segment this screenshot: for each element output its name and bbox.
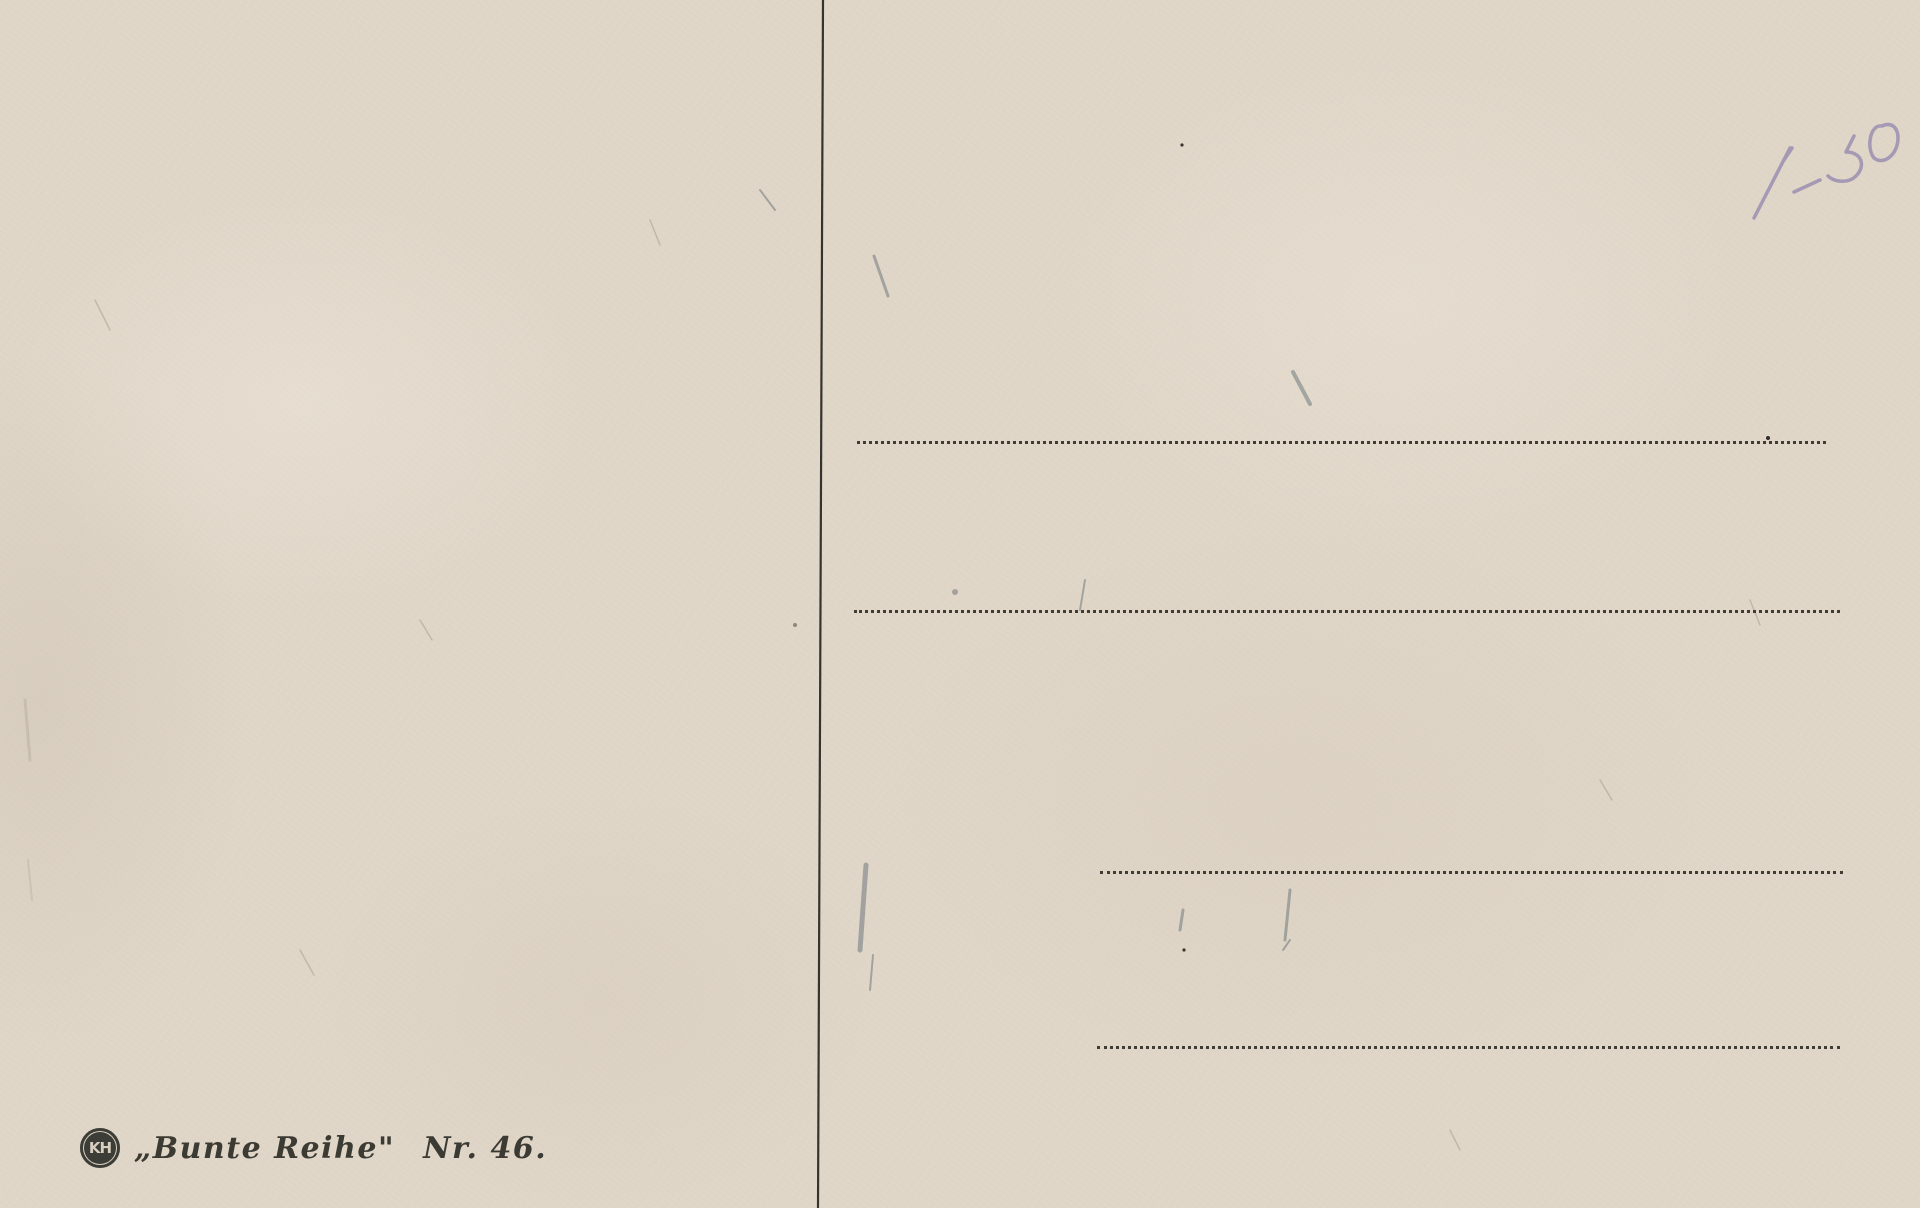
handwritten-price-note: [1742, 100, 1912, 230]
publisher-logo-icon: KH: [80, 1128, 120, 1168]
address-line-2: [854, 610, 1840, 613]
series-name: „Bunte Reihe": [134, 1131, 395, 1166]
address-line-4: [1097, 1046, 1840, 1049]
series-number: Nr. 46.: [423, 1131, 547, 1166]
address-line-3: [1100, 871, 1843, 874]
publisher-logo-text: KH: [89, 1139, 111, 1157]
postcard-back: KH „Bunte Reihe" Nr. 46.: [0, 0, 1920, 1208]
address-line-1: [857, 441, 1826, 444]
paper-texture: [0, 0, 1920, 1208]
publisher-imprint: KH „Bunte Reihe" Nr. 46.: [80, 1128, 547, 1168]
vertical-divider-line: [0, 0, 1920, 1208]
